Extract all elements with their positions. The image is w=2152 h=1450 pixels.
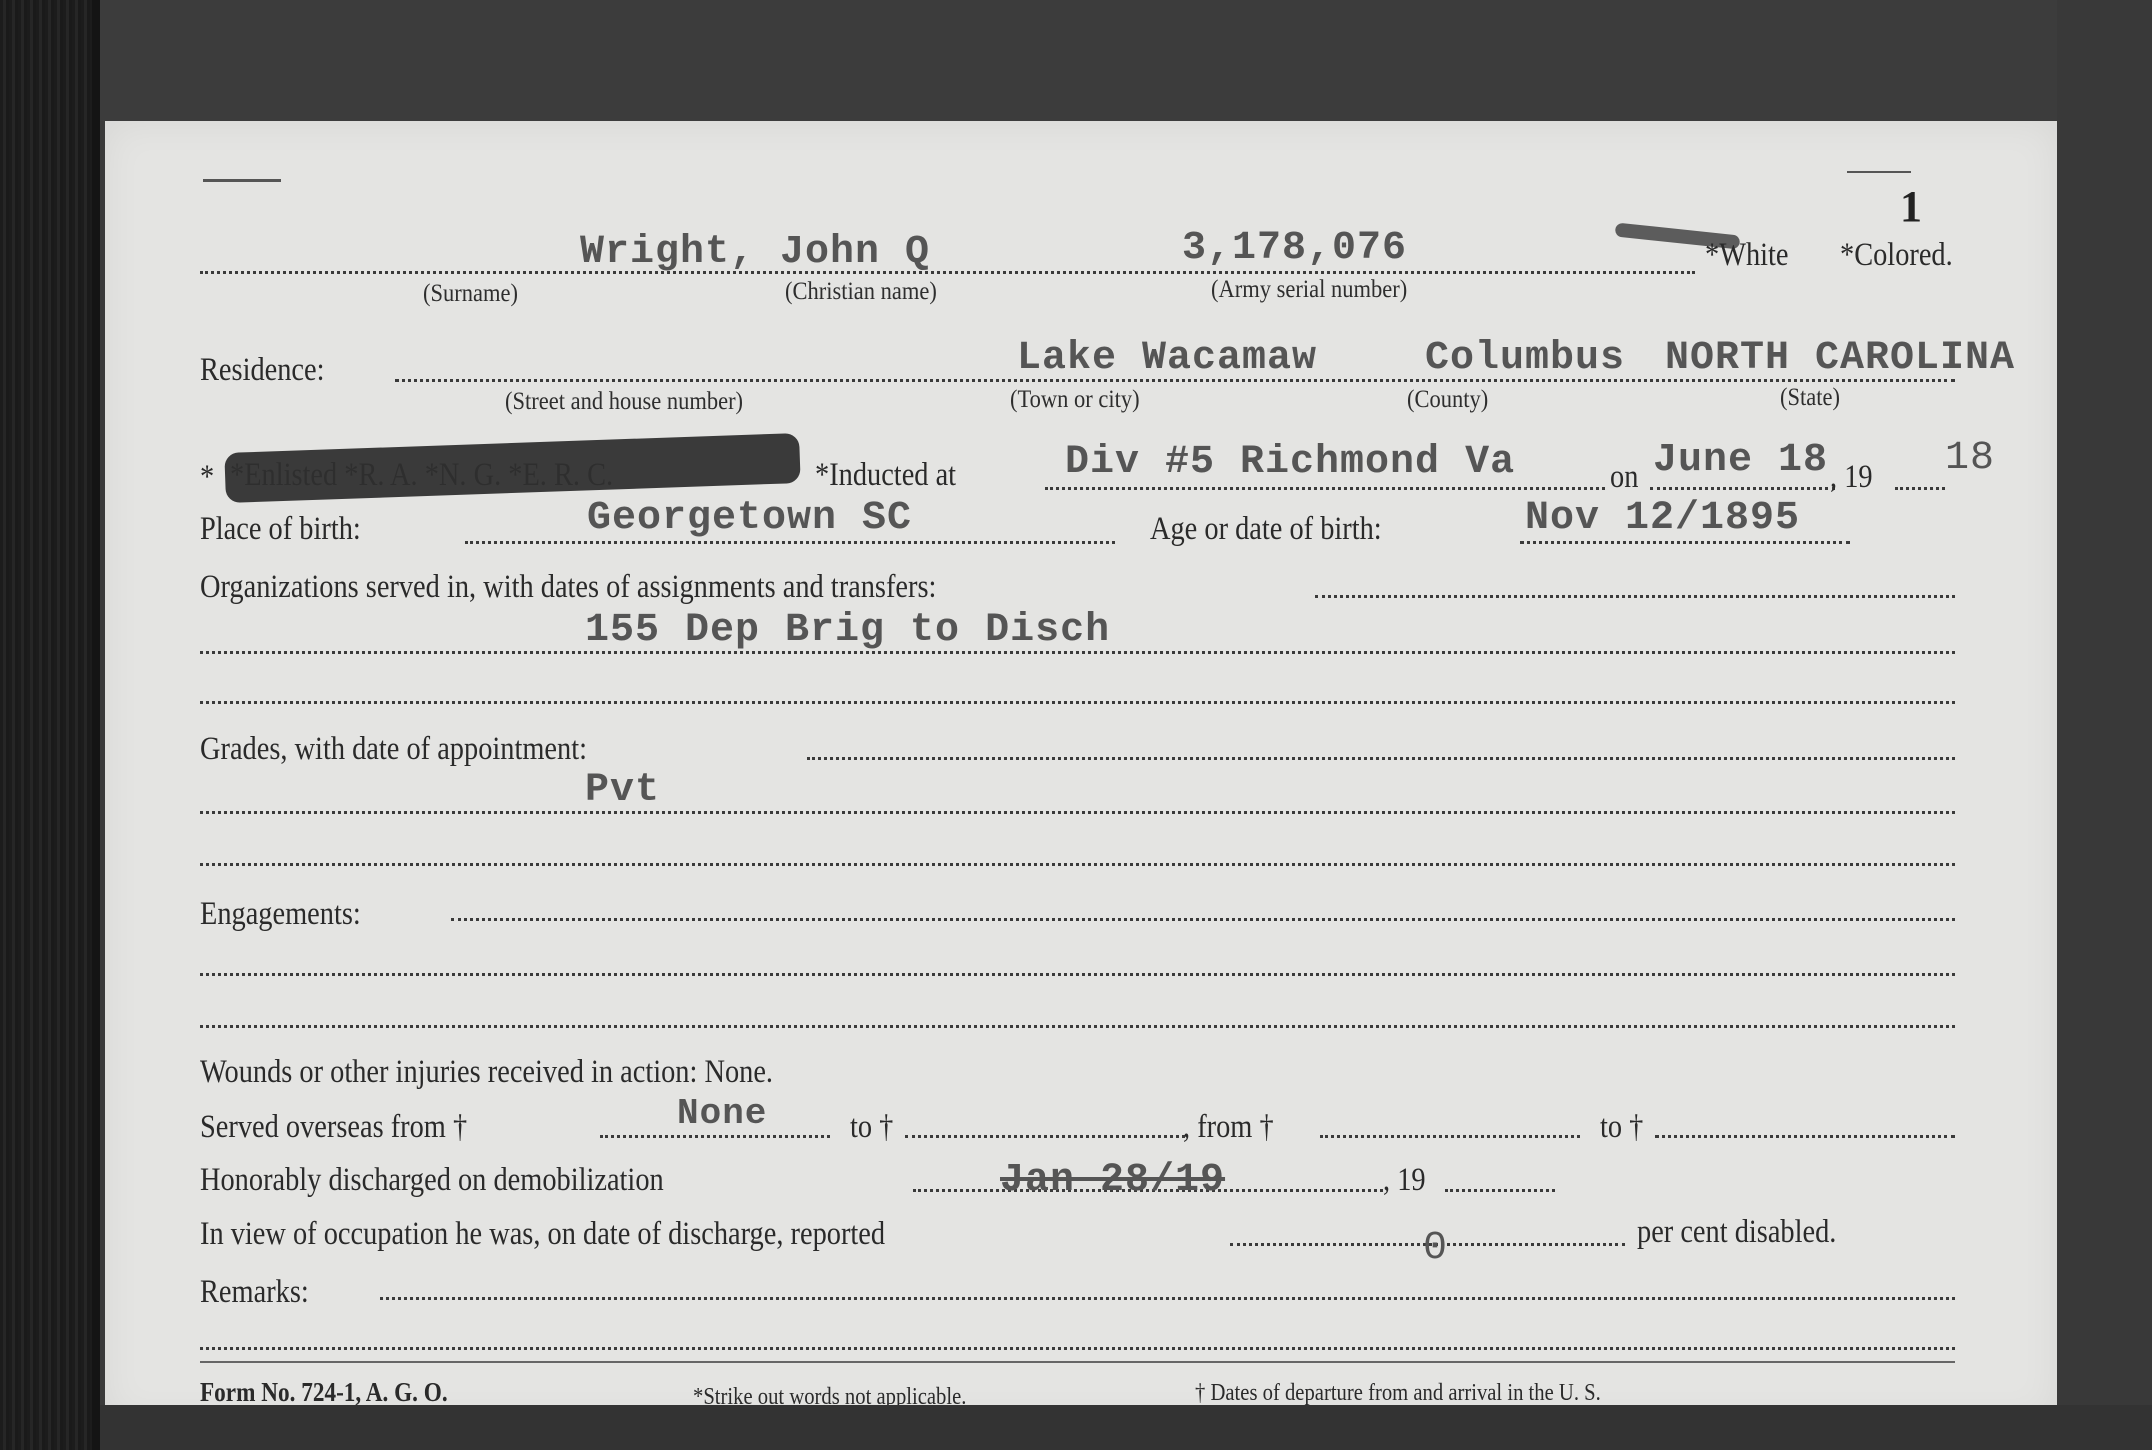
date-of-birth-line	[1520, 541, 1850, 544]
card-number: 1	[1900, 181, 1922, 232]
inducted-at-label: *Inducted at	[815, 459, 956, 492]
grades-line-1	[200, 811, 1955, 814]
remarks-line-1	[200, 1347, 1955, 1350]
place-of-birth-line	[465, 541, 1115, 544]
serial-number-label: (Army serial number)	[1211, 277, 1407, 302]
card-number-overline	[1847, 171, 1911, 173]
footer-rule	[200, 1361, 1955, 1363]
county-value: Columbus	[1425, 339, 1625, 379]
race-white: *White	[1705, 239, 1789, 272]
binder-strip	[0, 0, 92, 1450]
place-of-birth-value: Georgetown SC	[587, 499, 912, 539]
town-label: (Town or city)	[1010, 387, 1140, 412]
overseas-to2-line	[1655, 1135, 1955, 1138]
organizations-label: Organizations served in, with dates of a…	[200, 571, 936, 604]
engagements-line-0	[451, 918, 1955, 921]
state-value: NORTH CAROLINA	[1665, 339, 2015, 379]
discharge-year-line	[1445, 1189, 1555, 1192]
binder-edge	[92, 0, 100, 1450]
remarks-line-0	[380, 1297, 1955, 1300]
serial-number-value: 3,178,076	[1182, 229, 1407, 269]
race-colored: *Colored.	[1840, 239, 1953, 272]
overseas-from-label: Served overseas from †	[200, 1111, 467, 1144]
grade-entry: Pvt	[585, 771, 660, 811]
induction-year-prefix: , 19	[1830, 461, 1873, 494]
induction-year-line	[1895, 487, 1945, 490]
disability-label: In view of occupation he was, on date of…	[200, 1218, 885, 1251]
overseas-from2-line	[1320, 1135, 1580, 1138]
overseas-from-line	[600, 1135, 830, 1138]
county-label: (County)	[1407, 387, 1488, 412]
induction-date-value: June 18	[1653, 441, 1828, 481]
overseas-to-label: to †	[850, 1111, 893, 1144]
overseas-to-line	[905, 1135, 1185, 1138]
service-record-card: 1 Wright, John Q 3,178,076 *White *Color…	[105, 121, 2057, 1421]
induction-year-value: 18	[1945, 439, 1995, 479]
town-value: Lake Wacamaw	[1017, 339, 1317, 379]
scan-background-top	[100, 0, 2152, 121]
form-number: Form No. 724-1, A. G. O.	[200, 1379, 448, 1406]
grades-label: Grades, with date of appointment:	[200, 733, 587, 766]
engagements-label: Engagements:	[200, 898, 361, 931]
state-label: (State)	[1780, 385, 1840, 410]
overseas-to2-label: to †	[1600, 1111, 1643, 1144]
discharge-year-prefix: , 19	[1383, 1164, 1426, 1197]
date-of-birth-value: Nov 12/1895	[1525, 499, 1800, 539]
remarks-label: Remarks:	[200, 1276, 309, 1309]
street-label: (Street and house number)	[505, 389, 743, 414]
grades-line-0	[807, 757, 1955, 760]
residence-label: Residence:	[200, 354, 325, 387]
engagements-line-2	[200, 1025, 1955, 1028]
organizations-line-0	[1315, 595, 1955, 598]
date-of-birth-label: Age or date of birth:	[1150, 513, 1382, 546]
discharge-date-value: Jan 28/19	[1000, 1161, 1225, 1201]
organizations-line-2	[200, 701, 1955, 704]
organization-entry: 155 Dep Brig to Disch	[585, 611, 1110, 651]
engagements-line-1	[200, 973, 1955, 976]
overseas-from-value: None	[677, 1096, 767, 1132]
scan-background-right	[2057, 0, 2152, 1450]
wounds-text: Wounds or other injuries received in act…	[200, 1056, 773, 1089]
overseas-from2-label: , from †	[1183, 1111, 1274, 1144]
place-of-birth-label: Place of birth:	[200, 513, 361, 546]
surname-label: (Surname)	[423, 281, 518, 306]
enlisted-asterisk: *	[200, 461, 214, 494]
scan-background-bottom	[100, 1405, 2152, 1450]
induction-date-line	[1650, 487, 1835, 490]
discharge-label: Honorably discharged on demobilization	[200, 1164, 664, 1197]
name-line	[200, 271, 1695, 274]
enlisted-redaction	[224, 433, 800, 503]
inducted-at-line	[1045, 487, 1605, 490]
grades-line-2	[200, 863, 1955, 866]
dates-note: † Dates of departure from and arrival in…	[1195, 1381, 1601, 1405]
name-value: Wright, John Q	[580, 233, 930, 273]
christian-name-label: (Christian name)	[785, 279, 937, 304]
on-label: on	[1610, 461, 1638, 494]
inducted-at-value: Div #5 Richmond Va	[1065, 443, 1515, 483]
disability-value: 0	[1423, 1229, 1448, 1269]
top-left-mark	[203, 179, 281, 182]
disability-suffix: per cent disabled.	[1637, 1216, 1836, 1249]
